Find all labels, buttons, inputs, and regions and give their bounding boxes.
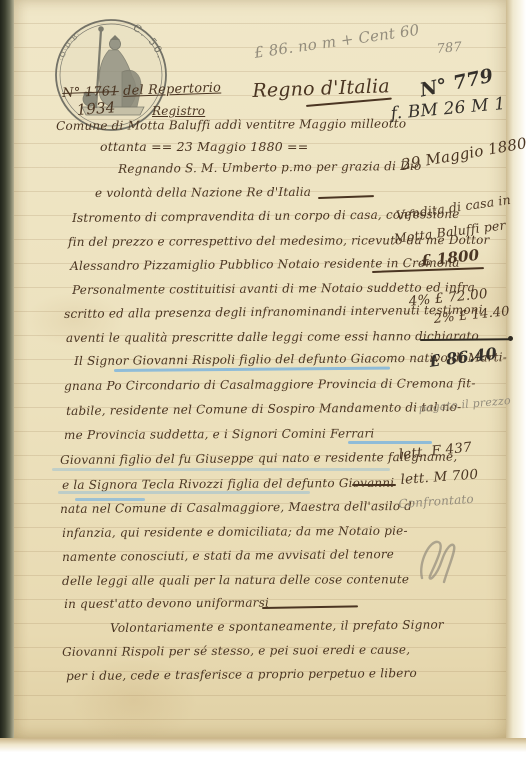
body-line: delle leggi alle quali per la natura del… (62, 572, 409, 588)
registro-label: Registro (152, 104, 205, 118)
body-line: in quest'atto devono uniformarsi (64, 596, 269, 611)
body-line: e la Signora Tecla Rivozzi figlia del de… (62, 476, 394, 492)
scan-left-edge (0, 0, 14, 747)
blue-underline (348, 441, 432, 444)
blue-underline (58, 491, 310, 494)
pencil-page-number: 787 (436, 40, 463, 57)
body-line: aventi le qualità prescritte dalle leggi… (66, 329, 479, 345)
pencil-paraph (408, 532, 466, 590)
tax-rule-end-dot (508, 336, 513, 341)
body-line: me Provincia suddetta, e i Signori Comin… (64, 426, 374, 442)
paper-bottom-edge (0, 738, 526, 760)
blue-underline (52, 468, 390, 471)
commune-line: Comune di Motta Baluffi addì ventitre Ma… (56, 117, 406, 133)
paper-right-edge (506, 0, 526, 747)
scanned-notary-deed: C. 50. ·O·D·B· N° 1761 del Repertorio 19… (0, 0, 526, 760)
header-date-line: ottanta == 23 Maggio 1880 == (100, 139, 308, 154)
lett-m-dash (352, 484, 396, 486)
body-line: infanzia, qui residente e domiciliata; d… (62, 524, 408, 540)
registro-number: 1934 (76, 98, 116, 119)
body-line: gnana Po Circondario di Casalmaggiore Pr… (64, 376, 476, 393)
body-line: e volontà della Nazione Re d'Italia (95, 185, 311, 200)
body-line: namente conosciuti, e stati da me avvisa… (62, 547, 394, 564)
body-line: Giovanni Rispoli per sé stesso, e pei su… (62, 643, 410, 659)
